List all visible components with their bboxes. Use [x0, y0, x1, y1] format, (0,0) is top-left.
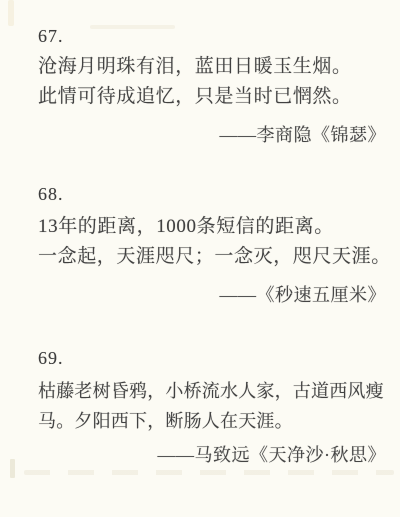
quote-attribution: ——《秒速五厘米》 [38, 282, 386, 308]
quote-line: 马。夕阳西下，断肠人在天涯。 [38, 406, 386, 436]
quote-line: 沧海月明珠有泪，蓝田日暖玉生烟。 [38, 52, 386, 82]
quote-line: 13年的距离，1000条短信的距离。 [38, 212, 386, 242]
quote-lines: 枯藤老树昏鸦，小桥流水人家，古道西风瘦 马。夕阳西下，断肠人在天涯。 [38, 376, 386, 436]
quote-attribution: ——李商隐《锦瑟》 [38, 122, 386, 148]
quote-lines: 13年的距离，1000条短信的距离。 一念起，天涯咫尺；一念灭，咫尺天涯。 [38, 212, 386, 272]
quote-lines: 沧海月明珠有泪，蓝田日暖玉生烟。 此情可待成追忆，只是当时已惘然。 [38, 52, 386, 112]
scan-artifact-bottom-tick [10, 459, 15, 478]
quote-line: 此情可待成追忆，只是当时已惘然。 [38, 82, 386, 112]
scan-artifact-smudge-row [24, 470, 394, 475]
quote-number: 68. [38, 182, 386, 206]
quote-attribution: ——马致远《天净沙·秋思》 [38, 442, 386, 468]
quote-block-69: 69. 枯藤老树昏鸦，小桥流水人家，古道西风瘦 马。夕阳西下，断肠人在天涯。 —… [38, 346, 386, 468]
scanned-quotes-page: 67. 沧海月明珠有泪，蓝田日暖玉生烟。 此情可待成追忆，只是当时已惘然。 ——… [0, 0, 400, 517]
quote-number: 69. [38, 346, 386, 370]
scan-artifact-top-edge [8, 0, 14, 26]
quote-line: 枯藤老树昏鸦，小桥流水人家，古道西风瘦 [38, 376, 386, 406]
quote-number: 67. [38, 24, 386, 48]
quote-block-67: 67. 沧海月明珠有泪，蓝田日暖玉生烟。 此情可待成追忆，只是当时已惘然。 ——… [38, 24, 386, 148]
quote-block-68: 68. 13年的距离，1000条短信的距离。 一念起，天涯咫尺；一念灭，咫尺天涯… [38, 182, 386, 308]
quote-line: 一念起，天涯咫尺；一念灭，咫尺天涯。 [38, 242, 386, 272]
